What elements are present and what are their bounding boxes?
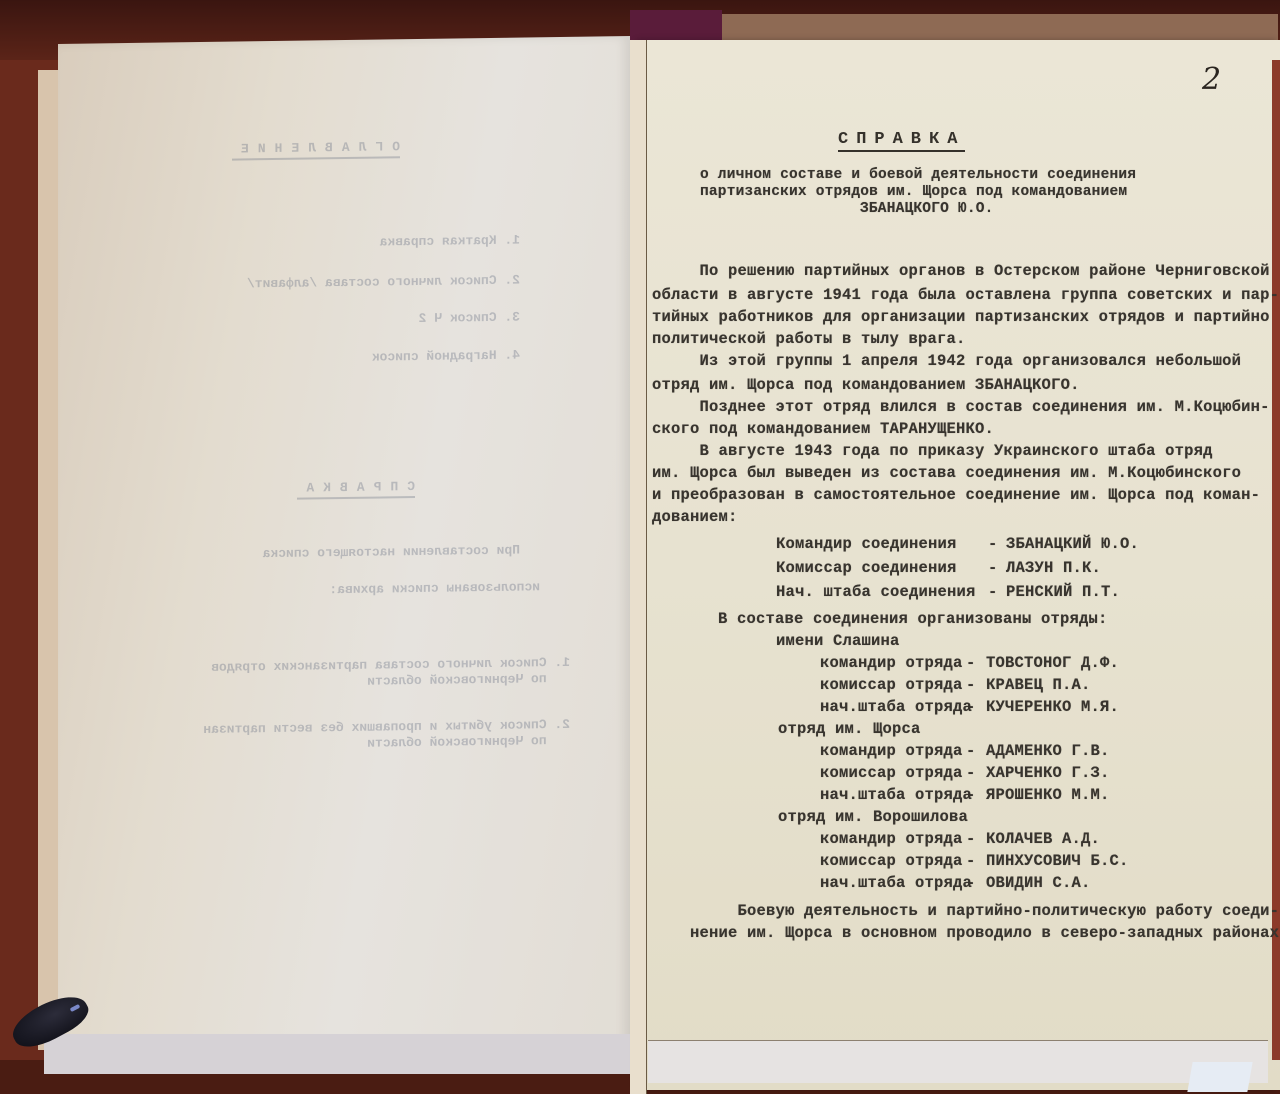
left-page: ОГЛАВЛЕНИЕ 1. Краткая справка 2. Список … xyxy=(58,36,630,1074)
body-line: политической работы в тылу врага. xyxy=(652,330,966,348)
dash: - xyxy=(988,559,998,577)
showthrough-toc-item: 2. Список личного состава /алфавит/ xyxy=(247,273,520,292)
paper-scrap xyxy=(1187,1062,1252,1092)
subtitle-line: партизанских отрядов им. Щорса под коман… xyxy=(700,184,1127,200)
staff-role: комиссар отряда xyxy=(820,764,963,782)
staff-role: командир отряда xyxy=(820,830,972,848)
showthrough-line: При составлении настоящего списка xyxy=(263,543,520,562)
staff-name: ХАРЧЕНКО Г.З. xyxy=(986,764,1110,782)
closing-line: Боевую деятельность и партийно-политичес… xyxy=(690,902,1279,920)
command-name: РЕНСКИЙ П.Т. xyxy=(1006,583,1120,601)
dash: - xyxy=(966,852,976,870)
staff-role: комиссар отряда xyxy=(820,676,972,694)
staff-name: ТОВСТОНОГ Д.Ф. xyxy=(986,654,1119,672)
dash: - xyxy=(988,583,998,601)
body-line: им. Щорса был выведен из состава соедине… xyxy=(652,464,1241,482)
dash: - xyxy=(988,535,998,553)
staff-name: КУЧЕРЕНКО М.Я. xyxy=(986,698,1119,716)
body-line: дованием: xyxy=(652,508,738,526)
showthrough-toc-item: 1. Краткая справка xyxy=(380,233,520,250)
staff-role: комиссар отряда xyxy=(820,852,972,870)
staff-role: командир отряда xyxy=(820,742,963,760)
command-role: Командир соединения xyxy=(776,535,966,553)
staff-name: КРАВЕЦ П.А. xyxy=(986,676,1091,694)
showthrough-text: ОГЛАВЛЕНИЕ 1. Краткая справка 2. Список … xyxy=(58,36,630,1074)
body-line: Из этой группы 1 апреля 1942 года органи… xyxy=(652,352,1241,370)
command-name: ЗБАНАЦКИЙ Ю.О. xyxy=(1006,535,1139,553)
staff-role: командир отряда xyxy=(820,654,972,672)
dash: - xyxy=(966,830,976,848)
staff-role: нач.штаба отряда xyxy=(820,874,972,892)
showthrough-title-2: СПРАВКА xyxy=(297,479,415,500)
dash: - xyxy=(966,676,976,694)
detachments-intro: В составе соединения организованы отряды… xyxy=(718,610,1108,628)
staff-role: нач.штаба отряда xyxy=(820,786,972,804)
showthrough-toc-item: 3. Список Ч 2 xyxy=(419,310,520,326)
showthrough-line: по Черниговской области xyxy=(367,671,570,689)
showthrough-line: использованы списки архива: xyxy=(329,579,540,597)
staff-name: ЯРОШЕНКО М.М. xyxy=(986,786,1110,804)
detachment-name: отряд им. Щорса xyxy=(778,720,921,738)
document-title: СПРАВКА xyxy=(838,130,965,152)
staff-name: КОЛАЧЕВ А.Д. xyxy=(986,830,1100,848)
command-name: ЛАЗУН П.К. xyxy=(1006,559,1101,577)
body-line: ского под командованием ТАРАНУЩЕНКО. xyxy=(652,420,994,438)
body-line: области в августе 1941 года была оставле… xyxy=(652,286,1279,304)
body-line: В августе 1943 года по приказу Украинско… xyxy=(652,442,1213,460)
body-line: отряд им. Щорса под командованием ЗБАНАЦ… xyxy=(652,376,1080,394)
staff-name: ОВИДИН С.А. xyxy=(986,874,1091,892)
dash: - xyxy=(966,786,976,804)
subtitle-line: о личном составе и боевой деятельности с… xyxy=(700,167,1136,183)
body-line: По решению партийных органов в Остерском… xyxy=(652,262,1270,280)
dash: - xyxy=(966,698,976,716)
showthrough-toc-item: 4. Наградной список xyxy=(372,348,520,365)
detachment-name: отряд им. Ворошилова xyxy=(778,808,968,826)
staff-name: АДАМЕНКО Г.В. xyxy=(986,742,1110,760)
showthrough-line: по Черниговской области xyxy=(367,733,570,751)
body-line: и преобразован в самостоятельное соедине… xyxy=(652,486,1260,504)
showthrough-title: ОГЛАВЛЕНИЕ xyxy=(232,139,400,160)
left-page-bottom-fold xyxy=(44,1034,634,1074)
right-page-bottom-strip xyxy=(648,1040,1268,1083)
subtitle-line: ЗБАНАЦКОГО Ю.О. xyxy=(860,201,994,217)
command-role: Нач. штаба соединения xyxy=(776,583,976,601)
body-line: Позднее этот отряд влился в состав соеди… xyxy=(652,398,1270,416)
body-line: тийных работников для организации партиз… xyxy=(652,308,1270,326)
staff-name: ПИНХУСОВИЧ Б.С. xyxy=(986,852,1129,870)
page-number: 2 xyxy=(1202,62,1221,97)
page-gutter xyxy=(630,40,647,1094)
staff-role: нач.штаба отряда xyxy=(820,698,972,716)
detachment-name: имени Слашина xyxy=(776,632,900,650)
closing-line: нение им. Щорса в основном проводило в с… xyxy=(690,924,1279,942)
command-role: Комиссар соединения xyxy=(776,559,966,577)
dash: - xyxy=(966,874,976,892)
dash: - xyxy=(966,764,976,782)
dash: - xyxy=(966,654,976,672)
dash: - xyxy=(966,742,976,760)
